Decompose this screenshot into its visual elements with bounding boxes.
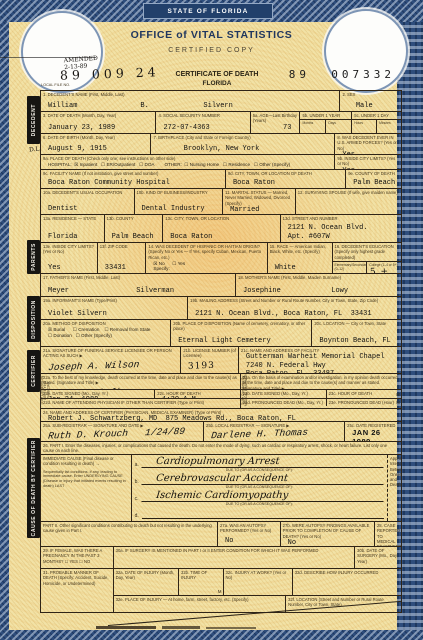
- section-tab-label: PARENTS: [31, 243, 37, 271]
- examiner-hour-of-death-label: 23c. HOUR OF DEATH: [327, 390, 401, 396]
- examiner-date-signed-label: 23b. DATE SIGNED (Mo., Day, Yr.): [241, 390, 326, 396]
- zip-code-value: 33431: [98, 264, 146, 273]
- section-tab-certifier: CERTIFIER: [27, 350, 40, 392]
- surgery-date-label: 30b. DATE OF SURGERY (Mo., Day, Year): [355, 547, 401, 564]
- pronounced-dead-hour: 23e. PRONOUNCED DEAD (Hour)M: [326, 399, 401, 406]
- sex-value: Male: [340, 102, 401, 111]
- race-value: White: [268, 264, 332, 273]
- pronounced-dead-date-label: 23d. PRONOUNCED DEAD (Mo., Day, Yr.): [241, 399, 326, 405]
- cause-labels-label: IMMEDIATE CAUSE (Final disease or condit…: [41, 455, 131, 467]
- form-row: 22b. DATE SIGNED (Mo., Day, Yr.)Jan 24, …: [41, 389, 240, 398]
- medical-examiner-case: 28. CASE REPORTED TO MEDICAL EXAMINER? (…: [374, 522, 401, 546]
- autopsy-performed-value: No: [218, 537, 280, 546]
- certifier-date-signed-value: Jan 24, 1989: [41, 396, 154, 398]
- residence-city-label: 13c. CITY, TOWN, OR LOCATION: [163, 215, 279, 221]
- disposition-location-label: 20c. LOCATION — City or Town, State: [312, 320, 401, 326]
- margin-note-0: To Be Completed By CERTIFYING PHYSICIAN: [41, 374, 50, 407]
- manner-of-death-label: 31. PROBABLE MANNER OF DEATH (Specify: A…: [41, 569, 113, 586]
- form-row: 32a. DATE OF INJURY (Month, Day, Year)32…: [114, 569, 401, 595]
- autopsy-findings-available: 27b. WERE AUTOPSY FINDINGS AVAILABLE PRI…: [280, 522, 374, 546]
- part2-other-conditions-label: PART II. Other significant conditions co…: [41, 522, 217, 534]
- decedent-name-label: 1. DECEDENT'S NAME (First, Middle, Last): [41, 91, 339, 97]
- form-row: 22a. To the best of my knowledge, death …: [41, 373, 401, 408]
- interval-column-label: Approximate Interval Between Onset and D…: [388, 455, 401, 488]
- section-tab-cause-of-death-by-certifier: CAUSE OF DEATH BY CERTIFIER: [27, 438, 40, 538]
- mother-name: 18. MOTHER'S NAME (First, Middle, Maiden…: [235, 274, 401, 296]
- ornate-border-left: [0, 22, 9, 630]
- certificate-title-line2: FLORIDA: [150, 80, 284, 88]
- hispanic-origin-label: 14. WAS DECEDENT OF HISPANIC OR HAITIAN …: [146, 243, 266, 260]
- attending-physician: 22d. NAME OF ATTENDING PHYSICIAN IF OTHE…: [41, 399, 240, 406]
- form-row: 10a. DECEDENT'S USUAL OCCUPATIONDentist1…: [41, 188, 401, 214]
- meridiem-mark: M: [218, 589, 222, 594]
- funeral-facility-address-value: Gutterman Warheit Memorial Chapel 7240 N…: [239, 353, 401, 373]
- part1-instructions: 26. PART I. Enter the diseases, injuries…: [41, 442, 401, 454]
- place-of-death: 9a. PLACE OF DEATH (Check only one; see …: [41, 155, 334, 169]
- funeral-licensee-signature: 21a. SIGNATURE OF FUNERAL SERVICE LICENS…: [41, 347, 180, 373]
- injury-description: 32d. DESCRIBE HOW INJURY OCCURRED: [292, 569, 401, 595]
- form-row: 25a. SUB-REGISTRAR — SIGNATURE AND DATE …: [41, 421, 401, 441]
- residence-state-label: 13a. RESIDENCE — STATE: [41, 215, 104, 221]
- surgery-condition: 30a. IF SURGERY IS MENTIONED IN PART I o…: [113, 547, 355, 568]
- certifier-name-address-value: Robert J. Schwartzberg, MD 875 Meadows R…: [41, 415, 401, 421]
- injury-time: 32b. TIME OF INJURYM: [178, 569, 223, 595]
- certifier-name-address: 24. NAME AND ADDRESS OF CERTIFIER (PHYSI…: [41, 409, 401, 421]
- date-of-birth-value: August 9, 1915: [41, 145, 150, 154]
- residence-street-value: 2121 N. Ocean Blvd. Apt. #607W: [281, 224, 401, 242]
- manner-of-death: 31. PROBABLE MANNER OF DEATH (Specify: A…: [41, 569, 113, 612]
- place-of-disposition-value: Eternal Light Cemetery: [171, 337, 311, 346]
- cause-line-value: [142, 518, 384, 519]
- section-tab-decedent: DECEDENT: [27, 96, 40, 144]
- social-security-number-label: 4. SOCIAL SECURITY NUMBER: [156, 112, 249, 118]
- section-tab-disposition: DISPOSITION: [27, 296, 40, 342]
- section-tab-label: DECEDENT: [31, 104, 37, 136]
- autopsy-findings-available-value: No: [281, 539, 374, 546]
- surviving-spouse-label: 12. SURVIVING SPOUSE (If wife, give maid…: [296, 189, 401, 195]
- armed-forces: 8. WAS DECEDENT EVER IN U.S. ARMED FORCE…: [334, 134, 401, 154]
- form-row: 20a. METHOD OF DISPOSITION☒ Burial ☐ Cre…: [41, 319, 401, 346]
- cause-line-c: c.Ischemic Cardiomyopathy: [135, 490, 384, 502]
- city-of-death-label: 9d. CITY, TOWN, OR LOCATION OF DEATH: [226, 170, 345, 176]
- pregnancy-label: 29. IF FEMALE, WAS THERE A PREGNANCY IN …: [41, 547, 113, 564]
- certificate-form: 1. DECEDENT'S NAME (First, Middle, Last)…: [40, 90, 402, 613]
- informant-address: 19b. MAILING ADDRESS (Street and Number …: [187, 297, 401, 319]
- armed-forces-label: 8. WAS DECEDENT EVER IN U.S. ARMED FORCE…: [335, 134, 401, 151]
- date-of-death: 3. DATE OF DEATH (Month, Day, Year)Janua…: [41, 112, 155, 133]
- under-1-year-subcolumns: MonthsDays: [300, 119, 351, 133]
- funeral-facility-address: 21c. NAME AND ADDRESS OF FACILITYGutterm…: [238, 347, 401, 373]
- part2-other-conditions: PART II. Other significant conditions co…: [41, 522, 217, 546]
- surgery-condition-label: 30a. IF SURGERY IS MENTIONED IN PART I o…: [114, 547, 355, 553]
- certifier-date-signed: 22b. DATE SIGNED (Mo., Day, Yr.)Jan 24, …: [41, 390, 154, 398]
- residence-city-value: Boca Raton: [163, 233, 279, 242]
- under-1-year: 5b. UNDER 1 YEARMonthsDays: [299, 112, 351, 133]
- under-1-day-sub-0-label: Hours: [352, 120, 376, 125]
- residence-inside-city: 13e. INSIDE CITY LIMITS? (Yes or No)Yes: [41, 243, 97, 273]
- date-registered-value: JAN 26 1989: [345, 428, 401, 441]
- sub-registrar-signature: 25a. SUB-REGISTRAR — SIGNATURE AND DATE …: [41, 422, 203, 441]
- pronounced-dead-date: 23d. PRONOUNCED DEAD (Mo., Day, Yr.): [241, 399, 326, 406]
- residence-street-label: 13d. STREET AND NUMBER: [281, 215, 401, 221]
- cause-labels: IMMEDIATE CAUSE (Final disease or condit…: [41, 455, 131, 521]
- marital-status: 11. MARITAL STATUS — Married, Never Marr…: [222, 189, 295, 214]
- race: 15. RACE — American Indian, Black, White…: [267, 243, 332, 273]
- birthplace-label: 7. BIRTHPLACE (City and State or Foreign…: [151, 134, 334, 140]
- certificate-title-line1: CERTIFICATE OF DEATH: [150, 71, 284, 80]
- under-1-day: 5c. UNDER 1 DAYHoursMinutes: [351, 112, 401, 133]
- place-of-disposition: 20b. PLACE OF DISPOSITION (Name of cemet…: [170, 320, 311, 346]
- section-tab-label: CERTIFIER: [31, 355, 37, 387]
- form-row: 29. IF FEMALE, WAS THERE A PREGNANCY IN …: [41, 546, 401, 568]
- cause-line-value: Ischemic Cardiomyopathy: [141, 491, 385, 502]
- form-row: 22d. NAME OF ATTENDING PHYSICIAN IF OTHE…: [41, 398, 240, 406]
- residence-county: 13b. COUNTYPalm Beach: [104, 215, 163, 242]
- injury-at-work-label: 32c. INJURY AT WORK? (Yes or No): [224, 569, 292, 581]
- residence-inside-city-label: 13e. INSIDE CITY LIMITS? (Yes or No): [41, 243, 97, 255]
- cause-line-d: d.: [135, 507, 384, 519]
- inside-city-limits-death: 9b. INSIDE CITY LIMITS? (Yes or No)Yes: [334, 155, 401, 169]
- informant-name-label: 19a. INFORMANT'S NAME (Type/Print): [41, 297, 187, 303]
- injury-place-label: 32e. PLACE OF INJURY — At home, farm, st…: [114, 596, 286, 602]
- residence-state-value: Florida: [41, 233, 104, 242]
- cause-lines: a.Cardiopulmonary ArrestDUE TO (OR AS A …: [131, 455, 387, 521]
- method-of-disposition: 20a. METHOD OF DISPOSITION☒ Burial ☐ Cre…: [41, 320, 170, 346]
- injury-description-label: 32d. DESCRIBE HOW INJURY OCCURRED: [293, 569, 401, 575]
- education-sub-0-label: Elementary/Secondary (0–12): [333, 262, 367, 271]
- form-row: 23b. DATE SIGNED (Mo., Day, Yr.)23c. HOU…: [241, 389, 401, 398]
- county-of-death-value: Palm Beach: [346, 179, 401, 188]
- age-value: 73: [251, 124, 300, 133]
- county-of-death: 9e. COUNTY OF DEATHPalm Beach: [345, 170, 401, 188]
- zip-code: 13f. ZIP CODE33431: [97, 243, 146, 273]
- examiner-hour-of-death: 23c. HOUR OF DEATHM: [326, 390, 401, 398]
- cause-lines-list: a.Cardiopulmonary ArrestDUE TO (OR AS A …: [132, 455, 387, 519]
- date-of-death-value: January 23, 1989: [41, 124, 155, 133]
- ornate-border-bottom: [0, 630, 423, 640]
- armed-forces-value: Yes: [335, 151, 401, 154]
- local-registrar-signature: 25b. LOCAL REGISTRAR — SIGNATURE ▶Darlen…: [203, 422, 344, 441]
- birthplace: 7. BIRTHPLACE (City and State or Foreign…: [150, 134, 334, 154]
- facility-name: 9c. FACILITY NAME (If not institution, g…: [41, 170, 225, 188]
- form-row: 1. DECEDENT'S NAME (First, Middle, Last)…: [41, 91, 401, 111]
- license-number-value: 3193: [181, 360, 238, 373]
- race-label: 15. RACE — American Indian, Black, White…: [268, 243, 332, 255]
- place-of-death-value: HOSPITAL: ☒ Inpatient ☐ ER/Outpatient ☐ …: [41, 162, 334, 169]
- attending-physician-label: 22d. NAME OF ATTENDING PHYSICIAN IF OTHE…: [41, 399, 240, 405]
- examiner-statement: 23a. On the basis of examination and/or …: [241, 374, 401, 389]
- method-of-disposition-label: 20a. METHOD OF DISPOSITION: [41, 320, 170, 326]
- pronounced-dead-hour-label: 23e. PRONOUNCED DEAD (Hour): [327, 399, 401, 405]
- under-1-year-sub-1-label: Days: [326, 120, 351, 125]
- place-of-death-label: 9a. PLACE OF DEATH (Check only one; see …: [41, 155, 334, 161]
- inside-city-limits-death-label: 9b. INSIDE CITY LIMITS? (Yes or No): [335, 155, 401, 167]
- education-label: 16. DECEDENT'S EDUCATION (Specify only h…: [333, 243, 401, 260]
- city-of-death-value: Boca Raton: [226, 179, 345, 188]
- injury-at-work: 32c. INJURY AT WORK? (Yes or No): [223, 569, 292, 595]
- injury-date-label: 32a. DATE OF INJURY (Month, Day, Year): [114, 569, 178, 581]
- form-row: PART II. Other significant conditions co…: [41, 521, 401, 546]
- injury-date: 32a. DATE OF INJURY (Month, Day, Year): [114, 569, 178, 595]
- social-security-number: 4. SOCIAL SECURITY NUMBER272-07-4363: [155, 112, 249, 133]
- under-1-year-sub-1: Days: [325, 120, 351, 133]
- informant-address-label: 19b. MAILING ADDRESS (Street and Number …: [188, 297, 401, 303]
- form-row: 13a. RESIDENCE — STATEFlorida13b. COUNTY…: [41, 214, 401, 242]
- date-of-birth: 6. DATE OF BIRTH (Month, Day, Year)Augus…: [41, 134, 150, 154]
- part1-instructions-label: 26. PART I. Enter the diseases, injuries…: [41, 442, 401, 454]
- under-1-year-label: 5b. UNDER 1 YEAR: [300, 112, 351, 118]
- cutoff-print-mark: [96, 626, 156, 629]
- education: 16. DECEDENT'S EDUCATION (Specify only h…: [332, 243, 401, 273]
- inside-city-limits-death-value: Yes: [335, 167, 401, 170]
- disposition-location: 20c. LOCATION — City or Town, StateBoynt…: [311, 320, 401, 346]
- social-security-number-value: 272-07-4363: [156, 124, 249, 133]
- form-row: 21a. SIGNATURE OF FUNERAL SERVICE LICENS…: [41, 346, 401, 373]
- state-file-number: 89 007332: [289, 68, 395, 81]
- section-tab-label: DISPOSITION: [31, 300, 37, 339]
- form-row: 6. DATE OF BIRTH (Month, Day, Year)Augus…: [41, 133, 401, 154]
- examiner-statement-label: 23a. On the basis of examination and/or …: [241, 374, 401, 389]
- city-of-death: 9d. CITY, TOWN, OR LOCATION OF DEATHBoca…: [225, 170, 345, 188]
- education-subcolumns: Elementary/Secondary (0–12)College (1–4 …: [333, 261, 401, 273]
- residence-state: 13a. RESIDENCE — STATEFlorida: [41, 215, 104, 242]
- local-file-label: LOCAL FILE NO.: [41, 83, 70, 87]
- section-tab-parents: PARENTS: [27, 240, 40, 274]
- certifier-statement: 22a. To the best of my knowledge, death …: [41, 374, 240, 389]
- under-1-year-sub-0-label: Months: [300, 120, 325, 125]
- examiner-date-signed: 23b. DATE SIGNED (Mo., Day, Yr.): [241, 390, 326, 398]
- funeral-licensee-signature-value: Joseph A. Wilson: [41, 357, 180, 373]
- medical-examiner-case-label: 28. CASE REPORTED TO MEDICAL EXAMINER? (…: [375, 522, 401, 546]
- usual-occupation-value: Dentist: [41, 205, 134, 214]
- form-row: 24. NAME AND ADDRESS OF CERTIFIER (PHYSI…: [41, 408, 401, 421]
- cause-of-death-section: 26. PART I. Enter the diseases, injuries…: [41, 442, 401, 521]
- pregnancy: 29. IF FEMALE, WAS THERE A PREGNANCY IN …: [41, 547, 113, 568]
- under-1-day-sub-1: Minutes: [376, 120, 401, 133]
- father-name-label: 17. FATHER'S NAME (First, Middle, Last): [41, 274, 235, 280]
- certifying-physician-block: 22a. To the best of my knowledge, death …: [41, 374, 240, 408]
- form-row: 9c. FACILITY NAME (If not institution, g…: [41, 169, 401, 188]
- decedent-name-value: William B. Silvern: [41, 102, 339, 111]
- business-industry-label: 10b. KIND OF BUSINESS/INDUSTRY: [135, 189, 223, 195]
- license-number: 21b. LICENSE NUMBER (of Licensee)3193: [180, 347, 238, 373]
- under-1-year-sub-0: Months: [300, 120, 325, 133]
- cutoff-print-mark: [206, 627, 256, 629]
- form-row: 26. PART I. Enter the diseases, injuries…: [41, 441, 401, 521]
- form-row: 13e. INSIDE CITY LIMITS? (Yes or No)Yes1…: [41, 242, 401, 273]
- cause-line-letter: d.: [135, 513, 142, 519]
- surviving-spouse: 12. SURVIVING SPOUSE (If wife, give maid…: [295, 189, 401, 214]
- marital-status-value: Married: [223, 206, 295, 214]
- form-row: 23a. On the basis of examination and/or …: [241, 374, 401, 389]
- injury-section: 32a. DATE OF INJURY (Month, Day, Year)32…: [113, 569, 401, 612]
- form-row: 26. PART I. Enter the diseases, injuries…: [41, 442, 401, 454]
- birthplace-value: Brooklyn, New York: [151, 145, 334, 154]
- hispanic-origin-value: ☒ No ☐ Yes Specify:: [146, 261, 266, 273]
- method-of-disposition-value: ☒ Burial ☐ Cremation ☐ Removal from Stat…: [41, 327, 170, 339]
- informant-address-value: 2121 N. Ocean Blvd., Boca Raton, FL 3343…: [188, 310, 401, 319]
- form-row: 17. FATHER'S NAME (First, Middle, Last)M…: [41, 273, 401, 296]
- education-sub-1: College (1–4 or 5+)5 +: [366, 262, 401, 273]
- under-1-day-sub-0: Hours: [352, 120, 376, 133]
- form-row: 3. DATE OF DEATH (Month, Day, Year)Janua…: [41, 111, 401, 133]
- place-of-disposition-label: 20b. PLACE OF DISPOSITION (Name of cemet…: [171, 320, 311, 332]
- form-row: IMMEDIATE CAUSE (Final disease or condit…: [41, 454, 401, 521]
- injury-place: 32e. PLACE OF INJURY — At home, farm, st…: [114, 596, 286, 612]
- cause-line-value: Cardiopulmonary Arrest: [141, 457, 384, 468]
- father-name-value: Meyer Silverman: [41, 287, 235, 296]
- under-1-day-sub-1-label: Minutes: [377, 120, 401, 125]
- state-of-florida-banner: STATE OF FLORIDA: [143, 3, 273, 19]
- father-name: 17. FATHER'S NAME (First, Middle, Last)M…: [41, 274, 235, 296]
- age-label: 5a. AGE—Last Birthday (Years): [251, 112, 300, 124]
- cause-line-value: Cerebrovascular Accident: [141, 474, 384, 485]
- margin-note-1: To Be Completed By MEDICAL EXAMINER: [241, 374, 250, 407]
- sex: 2. SEX Male: [339, 91, 401, 111]
- surgery-date: 30b. DATE OF SURGERY (Mo., Day, Year): [354, 547, 401, 568]
- date-registered: 25c. DATE REGISTEREDJAN 26 1989: [344, 422, 401, 441]
- mother-name-value: Josephine Lowy: [236, 287, 401, 296]
- date-of-death-label: 3. DATE OF DEATH (Month, Day, Year): [41, 112, 155, 118]
- disposition-location-value: Boynton Beach, FL: [312, 337, 401, 346]
- sex-label: 2. SEX: [340, 91, 401, 97]
- cause-labels-note: Sequentially list conditions, if any, le…: [41, 467, 131, 490]
- form-row: 22a. To the best of my knowledge, death …: [41, 374, 240, 389]
- zip-code-label: 13f. ZIP CODE: [98, 243, 146, 249]
- county-of-death-label: 9e. COUNTY OF DEATH: [346, 170, 401, 176]
- informant-name-value: Violet Silvern: [41, 310, 187, 319]
- decedent-name: 1. DECEDENT'S NAME (First, Middle, Last)…: [41, 91, 339, 111]
- certified-copy-label: CERTIFIED COPY: [120, 47, 303, 54]
- mother-name-label: 18. MOTHER'S NAME (First, Middle, Maiden…: [236, 274, 401, 280]
- business-industry: 10b. KIND OF BUSINESS/INDUSTRYDental Ind…: [134, 189, 223, 214]
- education-sub-0: Elementary/Secondary (0–12): [333, 262, 367, 273]
- form-row: 9a. PLACE OF DEATH (Check only one; see …: [41, 154, 401, 169]
- section-tab-label: CAUSE OF DEATH BY CERTIFIER: [31, 440, 37, 536]
- residence-street: 13d. STREET AND NUMBER2121 N. Ocean Blvd…: [280, 215, 401, 242]
- meridiem-mark: M: [396, 400, 400, 405]
- death-certificate-document: STATE OF FLORIDA OFFICE of VITAL STATIST…: [0, 0, 423, 640]
- education-sub-1-value: 5 +: [367, 266, 401, 273]
- autopsy-performed: 27a. WAS AN AUTOPSY PERFORMED? (Yes or N…: [217, 522, 280, 546]
- margin-note-text: To Be Completed By CERTIFYING PHYSICIAN: [41, 374, 51, 407]
- office-title: OFFICE of VITAL STATISTICS: [100, 29, 323, 41]
- age: 5a. AGE—Last Birthday (Years) 73: [250, 112, 300, 133]
- injury-time-label: 32b. TIME OF INJURY: [179, 569, 223, 581]
- cause-line-a: a.Cardiopulmonary Arrest: [135, 456, 384, 468]
- interval-column: Approximate Interval Between Onset and D…: [387, 455, 401, 521]
- facility-name-label: 9c. FACILITY NAME (If not institution, g…: [41, 170, 225, 176]
- hour-of-death-value: 1:30 A.M.: [155, 396, 239, 398]
- hour-of-death: 22c. HOUR OF DEATH1:30 A.M.: [154, 390, 239, 398]
- medical-examiner-block: 23a. On the basis of examination and/or …: [240, 374, 401, 408]
- under-1-day-label: 5c. UNDER 1 DAY: [352, 112, 401, 118]
- autopsy-performed-label: 27a. WAS AN AUTOPSY PERFORMED? (Yes or N…: [218, 522, 280, 534]
- residence-county-value: Palm Beach: [105, 233, 163, 242]
- certificate-title: CERTIFICATE OF DEATH FLORIDA: [150, 71, 284, 88]
- residence-inside-city-value: Yes: [41, 264, 97, 273]
- hispanic-origin: 14. WAS DECEDENT OF HISPANIC OR HAITIAN …: [145, 243, 266, 273]
- residence-city: 13c. CITY, TOWN, OR LOCATIONBoca Raton: [162, 215, 279, 242]
- facility-name-value: Boca Raton Community Hospital: [41, 179, 225, 188]
- meridiem-mark: M: [396, 392, 400, 397]
- informant-name: 19a. INFORMANT'S NAME (Type/Print)Violet…: [41, 297, 187, 319]
- form-row: 23d. PRONOUNCED DEAD (Mo., Day, Yr.)23e.…: [241, 398, 401, 406]
- form-row: 19a. INFORMANT'S NAME (Type/Print)Violet…: [41, 296, 401, 319]
- business-industry-value: Dental Industry: [135, 205, 223, 214]
- funeral-licensee-signature-label: 21a. SIGNATURE OF FUNERAL SERVICE LICENS…: [41, 347, 180, 359]
- cutoff-print-mark: [162, 626, 200, 629]
- autopsy-findings-available-label: 27b. WERE AUTOPSY FINDINGS AVAILABLE PRI…: [281, 522, 374, 539]
- margin-note-text: To Be Completed By MEDICAL EXAMINER: [242, 374, 248, 407]
- under-1-day-subcolumns: HoursMinutes: [352, 119, 401, 133]
- usual-occupation: 10a. DECEDENT'S USUAL OCCUPATIONDentist: [41, 189, 134, 214]
- date-of-birth-label: 6. DATE OF BIRTH (Month, Day, Year): [41, 134, 150, 140]
- usual-occupation-label: 10a. DECEDENT'S USUAL OCCUPATION: [41, 189, 134, 195]
- marital-status-label: 11. MARITAL STATUS — Married, Never Marr…: [223, 189, 295, 206]
- residence-county-label: 13b. COUNTY: [105, 215, 163, 221]
- cause-line-b: b.Cerebrovascular Accident: [135, 473, 384, 485]
- license-number-label: 21b. LICENSE NUMBER (of Licensee): [181, 347, 238, 359]
